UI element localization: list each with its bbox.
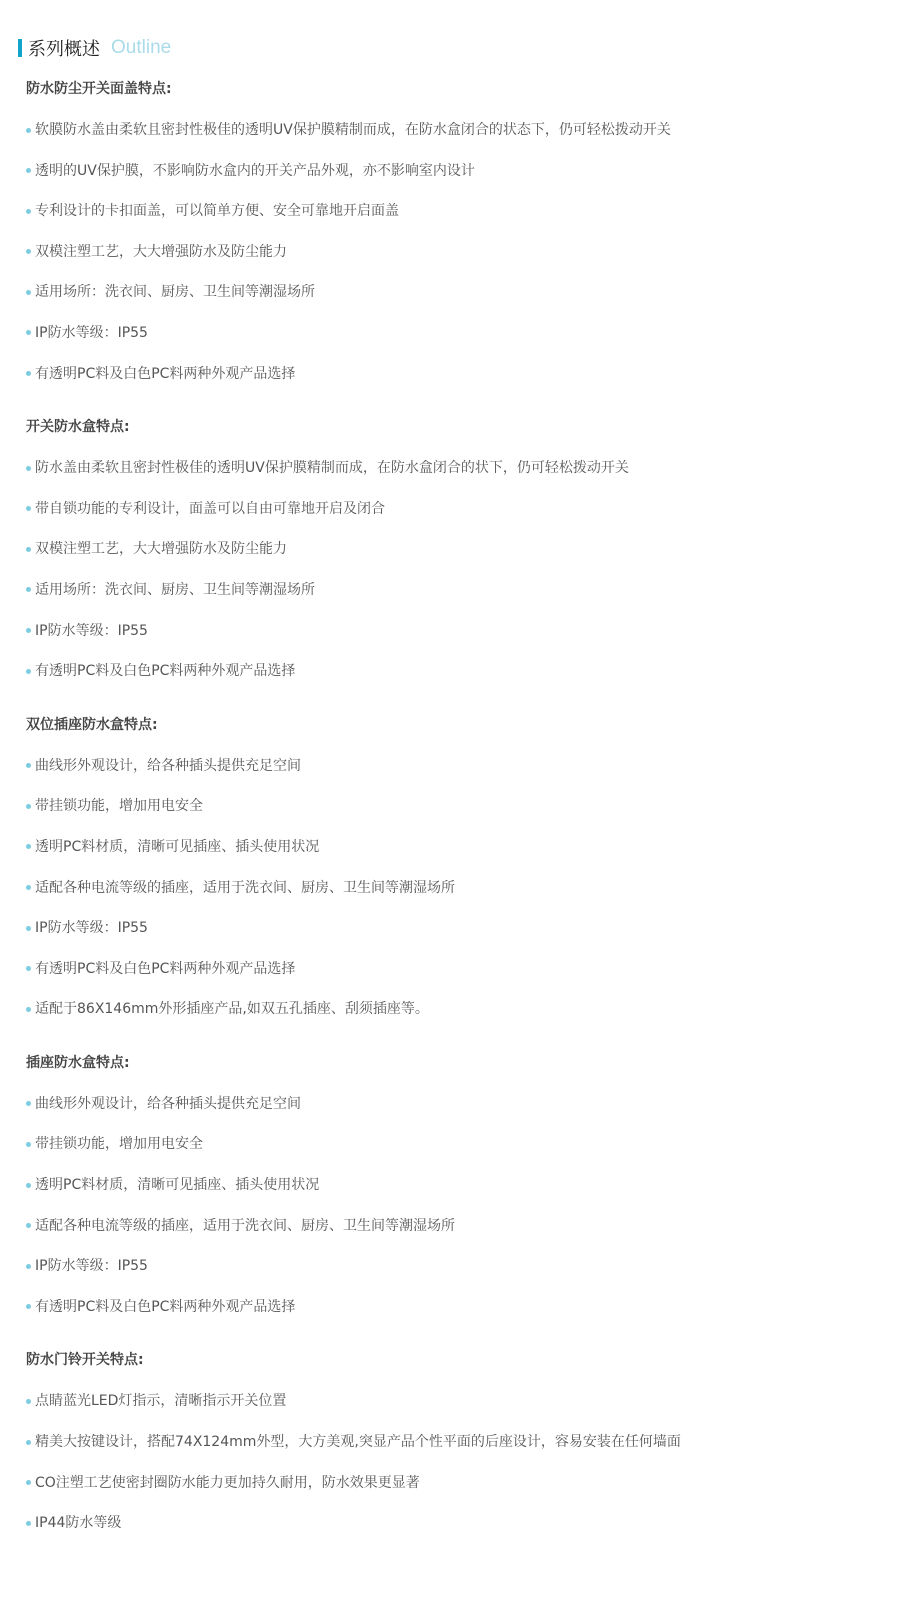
bullet-dot-icon — [26, 1007, 31, 1012]
heading-accent-bar — [18, 39, 22, 57]
feature-list-item: 精美大按键设计，搭配74X124mm外型，大方美观,突显产品个性平面的后座设计，… — [26, 1431, 886, 1453]
feature-list-item: 有透明PC料及白色PC料两种外观产品选择 — [26, 660, 886, 682]
feature-list-item: IP防水等级：IP55 — [26, 620, 886, 642]
section-spacer — [26, 1039, 886, 1052]
bullet-dot-icon — [26, 1304, 31, 1309]
feature-text: 双模注塑工艺，大大增强防水及防尘能力 — [35, 538, 287, 560]
section-title: 开关防水盒特点: — [26, 416, 886, 438]
bullet-dot-icon — [26, 1521, 31, 1526]
bullet-dot-icon — [26, 1101, 31, 1106]
feature-section: 防水门铃开关特点:点睛蓝光LED灯指示，清晰指示开关位置精美大按键设计，搭配74… — [26, 1349, 886, 1565]
feature-text: IP44防水等级 — [35, 1512, 121, 1534]
bullet-dot-icon — [26, 290, 31, 295]
feature-text: IP防水等级：IP55 — [35, 620, 148, 642]
feature-list-item: 软膜防水盖由柔软且密封性极佳的透明UV保护膜精制而成，在防水盒闭合的状态下，仍可… — [26, 119, 886, 141]
feature-text: 适配各种电流等级的插座，适用于洗衣间、厨房、卫生间等潮湿场所 — [35, 877, 455, 899]
feature-list-item: 适配于86X146mm外形插座产品,如双五孔插座、刮须插座等。 — [26, 998, 886, 1020]
feature-list-item: 专利设计的卡扣面盖，可以简单方便、安全可靠地开启面盖 — [26, 200, 886, 222]
bullet-dot-icon — [26, 1142, 31, 1147]
feature-list-item: 带挂锁功能，增加用电安全 — [26, 795, 886, 817]
bullet-dot-icon — [26, 506, 31, 511]
feature-text: 适用场所：洗衣间、厨房、卫生间等潮湿场所 — [35, 579, 315, 601]
bullet-dot-icon — [26, 804, 31, 809]
feature-text: 有透明PC料及白色PC料两种外观产品选择 — [35, 660, 295, 682]
bullet-dot-icon — [26, 128, 31, 133]
feature-list-item: 双模注塑工艺，大大增强防水及防尘能力 — [26, 241, 886, 263]
section-title: 双位插座防水盒特点: — [26, 714, 886, 736]
feature-list-item: 曲线形外观设计，给各种插头提供充足空间 — [26, 755, 886, 777]
feature-section: 防水防尘开关面盖特点:软膜防水盖由柔软且密封性极佳的透明UV保护膜精制而成，在防… — [26, 78, 886, 416]
bullet-dot-icon — [26, 330, 31, 335]
feature-list-item: IP防水等级：IP55 — [26, 1255, 886, 1277]
feature-list-item: 透明PC料材质，清晰可见插座、插头使用状况 — [26, 1174, 886, 1196]
bullet-dot-icon — [26, 1399, 31, 1404]
bullet-dot-icon — [26, 1480, 31, 1485]
bullet-dot-icon — [26, 1183, 31, 1188]
feature-list-item: 点睛蓝光LED灯指示，清晰指示开关位置 — [26, 1390, 886, 1412]
feature-text: 适配于86X146mm外形插座产品,如双五孔插座、刮须插座等。 — [35, 998, 429, 1020]
heading-title-cn: 系列概述 — [28, 35, 100, 61]
bullet-dot-icon — [26, 249, 31, 254]
bullet-dot-icon — [26, 885, 31, 890]
feature-text: 带自锁功能的专利设计，面盖可以自由可靠地开启及闭合 — [35, 498, 385, 520]
feature-text: 曲线形外观设计，给各种插头提供充足空间 — [35, 755, 301, 777]
bullet-dot-icon — [26, 1440, 31, 1445]
feature-text: 曲线形外观设计，给各种插头提供充足空间 — [35, 1093, 301, 1115]
feature-text: 专利设计的卡扣面盖，可以简单方便、安全可靠地开启面盖 — [35, 200, 399, 222]
feature-text: 有透明PC料及白色PC料两种外观产品选择 — [35, 1296, 295, 1318]
feature-list-item: IP防水等级：IP55 — [26, 917, 886, 939]
page-heading: 系列概述 Outline — [18, 38, 171, 58]
section-spacer — [26, 403, 886, 416]
feature-list-item: 曲线形外观设计，给各种插头提供充足空间 — [26, 1093, 886, 1115]
feature-text: 适配各种电流等级的插座，适用于洗衣间、厨房、卫生间等潮湿场所 — [35, 1215, 455, 1237]
feature-list-item: 带挂锁功能，增加用电安全 — [26, 1133, 886, 1155]
section-spacer — [26, 1553, 886, 1566]
bullet-dot-icon — [26, 209, 31, 214]
section-title: 插座防水盒特点: — [26, 1052, 886, 1074]
section-spacer — [26, 1336, 886, 1349]
feature-text: 防水盖由柔软且密封性极佳的透明UV保护膜精制而成，在防水盒闭合的状下，仍可轻松拨… — [35, 457, 629, 479]
feature-text: 有透明PC料及白色PC料两种外观产品选择 — [35, 363, 295, 385]
feature-list-item: 带自锁功能的专利设计，面盖可以自由可靠地开启及闭合 — [26, 498, 886, 520]
feature-list-item: 透明PC料材质，清晰可见插座、插头使用状况 — [26, 836, 886, 858]
feature-list-item: 有透明PC料及白色PC料两种外观产品选择 — [26, 958, 886, 980]
feature-text: 精美大按键设计，搭配74X124mm外型，大方美观,突显产品个性平面的后座设计，… — [35, 1431, 681, 1453]
section-spacer — [26, 701, 886, 714]
feature-text: 有透明PC料及白色PC料两种外观产品选择 — [35, 958, 295, 980]
feature-section: 插座防水盒特点:曲线形外观设计，给各种插头提供充足空间带挂锁功能，增加用电安全透… — [26, 1052, 886, 1350]
bullet-dot-icon — [26, 926, 31, 931]
feature-list-item: 有透明PC料及白色PC料两种外观产品选择 — [26, 363, 886, 385]
feature-text: 双模注塑工艺，大大增强防水及防尘能力 — [35, 241, 287, 263]
feature-text: 适用场所：洗衣间、厨房、卫生间等潮湿场所 — [35, 281, 315, 303]
bullet-dot-icon — [26, 371, 31, 376]
heading-title-en: Outline — [111, 37, 171, 59]
section-title: 防水防尘开关面盖特点: — [26, 78, 886, 100]
feature-list-item: 防水盖由柔软且密封性极佳的透明UV保护膜精制而成，在防水盒闭合的状下，仍可轻松拨… — [26, 457, 886, 479]
feature-list-item: 透明的UV保护膜，不影响防水盒内的开关产品外观，亦不影响室内设计 — [26, 160, 886, 182]
feature-text: IP防水等级：IP55 — [35, 917, 148, 939]
bullet-dot-icon — [26, 547, 31, 552]
bullet-dot-icon — [26, 587, 31, 592]
bullet-dot-icon — [26, 1264, 31, 1269]
bullet-dot-icon — [26, 1223, 31, 1228]
feature-list-item: 适配各种电流等级的插座，适用于洗衣间、厨房、卫生间等潮湿场所 — [26, 877, 886, 899]
feature-text: CO注塑工艺使密封圈防水能力更加持久耐用，防水效果更显著 — [35, 1472, 420, 1494]
feature-list-item: IP44防水等级 — [26, 1512, 886, 1534]
bullet-dot-icon — [26, 844, 31, 849]
feature-list-item: 双模注塑工艺，大大增强防水及防尘能力 — [26, 538, 886, 560]
feature-text: 带挂锁功能，增加用电安全 — [35, 1133, 203, 1155]
feature-text: 软膜防水盖由柔软且密封性极佳的透明UV保护膜精制而成，在防水盒闭合的状态下，仍可… — [35, 119, 671, 141]
feature-section: 双位插座防水盒特点:曲线形外观设计，给各种插头提供充足空间带挂锁功能，增加用电安… — [26, 714, 886, 1052]
feature-text: 透明PC料材质，清晰可见插座、插头使用状况 — [35, 1174, 319, 1196]
bullet-dot-icon — [26, 628, 31, 633]
feature-text: IP防水等级：IP55 — [35, 1255, 148, 1277]
feature-section: 开关防水盒特点:防水盖由柔软且密封性极佳的透明UV保护膜精制而成，在防水盒闭合的… — [26, 416, 886, 714]
feature-text: 透明的UV保护膜，不影响防水盒内的开关产品外观，亦不影响室内设计 — [35, 160, 475, 182]
bullet-dot-icon — [26, 763, 31, 768]
section-title: 防水门铃开关特点: — [26, 1349, 886, 1371]
feature-text: 带挂锁功能，增加用电安全 — [35, 795, 203, 817]
feature-list-item: 适配各种电流等级的插座，适用于洗衣间、厨房、卫生间等潮湿场所 — [26, 1215, 886, 1237]
bullet-dot-icon — [26, 466, 31, 471]
feature-list-content: 防水防尘开关面盖特点:软膜防水盖由柔软且密封性极佳的透明UV保护膜精制而成，在防… — [26, 78, 886, 1566]
feature-list-item: IP防水等级：IP55 — [26, 322, 886, 344]
bullet-dot-icon — [26, 966, 31, 971]
feature-list-item: 有透明PC料及白色PC料两种外观产品选择 — [26, 1296, 886, 1318]
feature-text: 点睛蓝光LED灯指示，清晰指示开关位置 — [35, 1390, 286, 1412]
feature-list-item: CO注塑工艺使密封圈防水能力更加持久耐用，防水效果更显著 — [26, 1472, 886, 1494]
feature-text: IP防水等级：IP55 — [35, 322, 148, 344]
feature-list-item: 适用场所：洗衣间、厨房、卫生间等潮湿场所 — [26, 281, 886, 303]
bullet-dot-icon — [26, 168, 31, 173]
bullet-dot-icon — [26, 669, 31, 674]
feature-list-item: 适用场所：洗衣间、厨房、卫生间等潮湿场所 — [26, 579, 886, 601]
feature-text: 透明PC料材质，清晰可见插座、插头使用状况 — [35, 836, 319, 858]
